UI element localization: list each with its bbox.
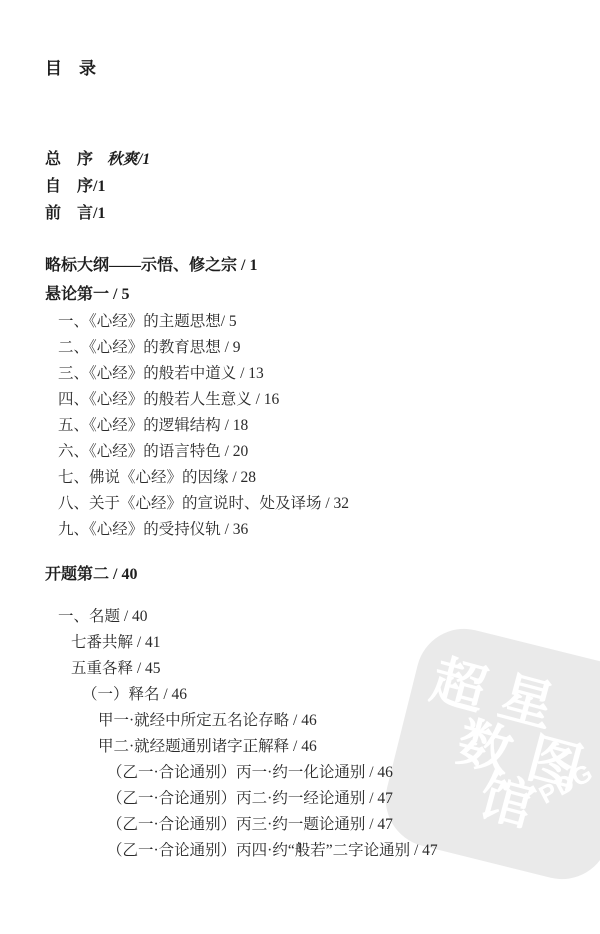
toc-entry: 四、《心经》的般若人生意义 / 16	[58, 387, 570, 413]
page-title: 目 录	[45, 56, 570, 82]
page-number: 1	[0, 840, 600, 857]
toc-entry: （乙一·合论通别）丙三·约一题论通别 / 47	[107, 812, 570, 838]
toc-entry: 七番共解 / 41	[71, 630, 570, 656]
chapter1-entries: 一、《心经》的主题思想/ 5 二、《心经》的教育思想 / 9 三、《心经》的般若…	[45, 309, 570, 543]
toc-entry: 二、《心经》的教育思想 / 9	[58, 335, 570, 361]
toc-entry-self-preface: 自 序/1	[45, 173, 570, 200]
toc-entry: 一、《心经》的主题思想/ 5	[58, 309, 570, 335]
toc-entry-general-preface: 总 序秋爽/1	[45, 146, 570, 173]
toc-heading-chapter1: 悬论第一 / 5	[45, 280, 570, 309]
part1-headings: 略标大纲——示悟、修之宗 / 1 悬论第一 / 5	[45, 251, 570, 309]
toc-entry: （乙一·合论通别）丙二·约一经论通别 / 47	[107, 786, 570, 812]
toc-entry-foreword: 前 言/1	[45, 200, 570, 227]
front-matter: 总 序秋爽/1 自 序/1 前 言/1	[45, 146, 570, 227]
toc-entry: 五重各释 / 45	[71, 656, 570, 682]
toc-page: 超 星 数 图 馆 PDG 目 录 总 序秋爽/1 自 序/1 前 言/1 略标…	[0, 0, 600, 934]
preface-author: 秋爽/1	[107, 151, 150, 168]
entry-label: 前 言/1	[45, 205, 105, 222]
toc-entry: 一、名题 / 40	[58, 604, 570, 630]
toc-entry: 七、佛说《心经》的因缘 / 28	[58, 465, 570, 491]
toc-heading-chapter2: 开题第二 / 40	[45, 561, 570, 588]
toc-entry: 八、关于《心经》的宣说时、处及译场 / 32	[58, 491, 570, 517]
toc-content: 目 录 总 序秋爽/1 自 序/1 前 言/1 略标大纲——示悟、修之宗 / 1…	[0, 0, 600, 864]
toc-entry: （一）释名 / 46	[82, 682, 570, 708]
toc-entry: （乙一·合论通别）丙一·约一化论通别 / 46	[107, 760, 570, 786]
entry-label: 自 序/1	[45, 178, 105, 195]
toc-entry: 甲一·就经中所定五名论存略 / 46	[98, 708, 570, 734]
entry-label: 总 序	[45, 151, 93, 168]
toc-entry: 三、《心经》的般若中道义 / 13	[58, 361, 570, 387]
chapter2-entries: 一、名题 / 40 七番共解 / 41 五重各释 / 45 （一）释名 / 46…	[45, 604, 570, 864]
toc-entry: 五、《心经》的逻辑结构 / 18	[58, 413, 570, 439]
toc-entry: 甲二·就经题通别诸字正解释 / 46	[98, 734, 570, 760]
toc-heading-outline: 略标大纲——示悟、修之宗 / 1	[45, 251, 570, 280]
toc-entry: 九、《心经》的受持仪轨 / 36	[58, 517, 570, 543]
toc-entry: 六、《心经》的语言特色 / 20	[58, 439, 570, 465]
